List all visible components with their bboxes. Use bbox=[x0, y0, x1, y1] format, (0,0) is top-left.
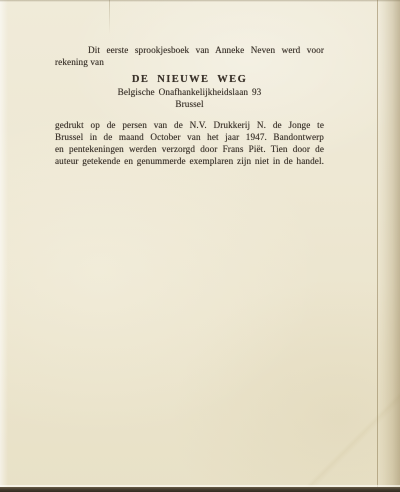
printing-line-1: gedrukt op de persen van de N.V. Drukker… bbox=[55, 119, 324, 131]
printing-line-3: en pentekeningen werden verzorgd door Fr… bbox=[55, 143, 324, 155]
printing-paragraph: gedrukt op de persen van de N.V. Drukker… bbox=[55, 119, 324, 167]
intro-line-1: Dit eerste sprookjesboek van Anneke Neve… bbox=[55, 44, 324, 56]
page-edge-right bbox=[377, 0, 400, 492]
printing-line-4: auteur getekende en genummerde exemplare… bbox=[55, 155, 324, 167]
page-edge-top bbox=[0, 0, 400, 2]
intro-line-2: rekening van bbox=[55, 56, 324, 68]
colophon-text: Dit eerste sprookjesboek van Anneke Neve… bbox=[55, 44, 324, 167]
scan-edge-bottom bbox=[0, 487, 400, 492]
paper-crease bbox=[109, 0, 110, 34]
printing-line-2: Brussel in de maand October van het jaar… bbox=[55, 131, 324, 143]
publisher-name: DE NIEUWE WEG bbox=[55, 74, 324, 86]
publisher-city: Brussel bbox=[55, 98, 324, 110]
page-edge-left bbox=[0, 0, 8, 492]
publisher-address: Belgische Onafhankelijkheidslaan 93 bbox=[55, 86, 324, 98]
scanned-book-page: Dit eerste sprookjesboek van Anneke Neve… bbox=[0, 0, 400, 492]
